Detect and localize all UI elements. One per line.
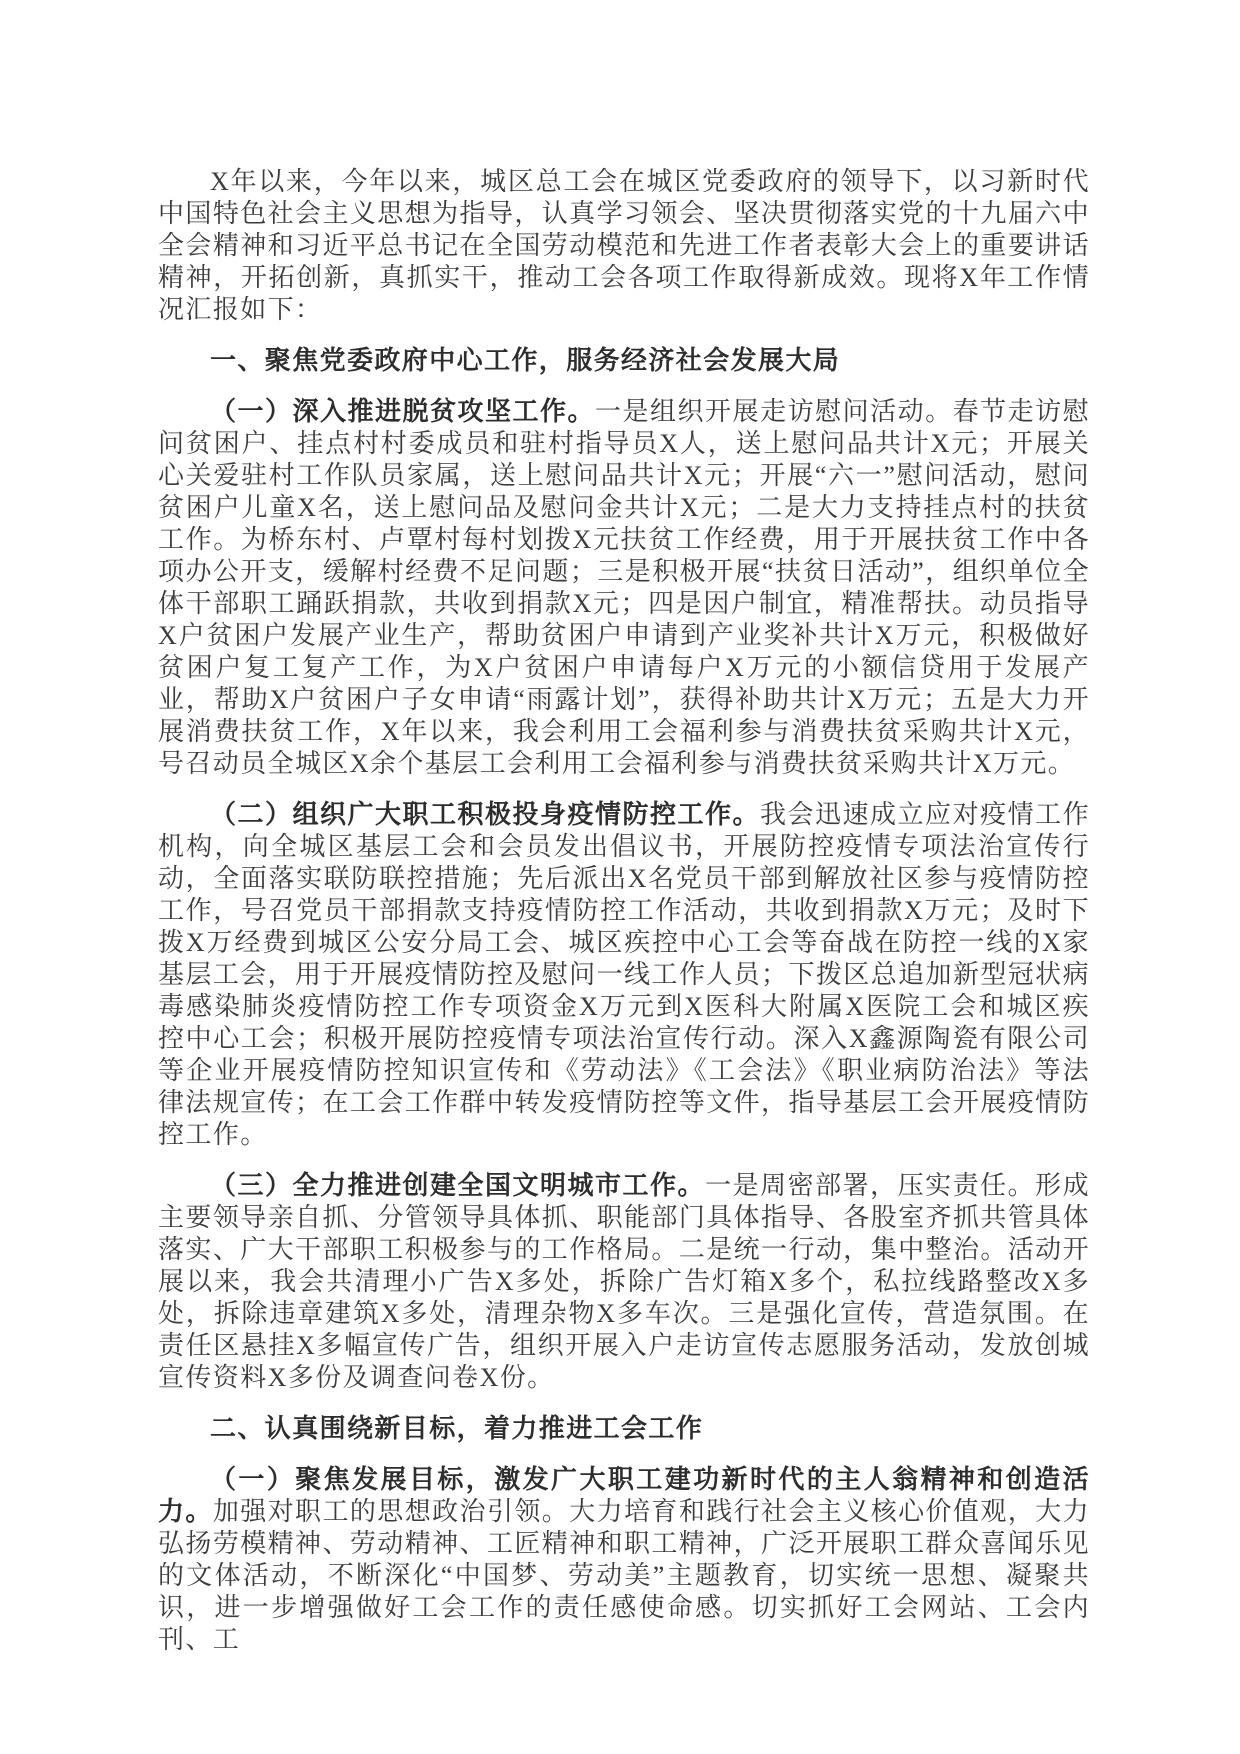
intro-paragraph: X年以来，今年以来，城区总工会在城区党委政府的领导下，以习新时代中国特色社会主义… — [158, 166, 1090, 326]
document-body: X年以来，今年以来，城区总工会在城区党委政府的领导下，以习新时代中国特色社会主义… — [158, 166, 1090, 1656]
section-1-paragraph-1-body: 一是组织开展走访慰问活动。春节走访慰问贫困户、挂点村村委成员和驻村指导员X人，送… — [158, 397, 1090, 778]
section-1-paragraph-2: （二）组织广大职工积极投身疫情防控工作。我会迅速成立应对疫情工作机构，向全城区基… — [158, 799, 1090, 1151]
section-1-paragraph-2-lead: （二）组织广大职工积极投身疫情防控工作。 — [210, 800, 760, 829]
section-1-paragraph-3: （三）全力推进创建全国文明城市工作。一是周密部署，压实责任。形成主要领导亲自抓、… — [158, 1170, 1090, 1394]
section-2-paragraph-1-body: 加强对职工的思想政治引领。大力培育和践行社会主义核心价值观，大力弘扬劳模精神、劳… — [158, 1497, 1090, 1654]
section-1-paragraph-3-body: 一是周密部署，压实责任。形成主要领导亲自抓、分管领导具体抓、职能部门具体指导、各… — [158, 1171, 1090, 1392]
section-2-heading: 二、认真围绕新目标，着力推进工会工作 — [158, 1413, 1090, 1445]
section-1-heading: 一、聚焦党委政府中心工作，服务经济社会发展大局 — [158, 345, 1090, 377]
section-1-paragraph-3-lead: （三）全力推进创建全国文明城市工作。 — [210, 1171, 705, 1200]
section-2-paragraph-1: （一）聚焦发展目标，激发广大职工建功新时代的主人翁精神和创造活力。加强对职工的思… — [158, 1464, 1090, 1656]
section-1-paragraph-1: （一）深入推进脱贫攻坚工作。一是组织开展走访慰问活动。春节走访慰问贫困户、挂点村… — [158, 396, 1090, 780]
section-1-paragraph-2-body: 我会迅速成立应对疫情工作机构，向全城区基层工会和会员发出倡议书，开展防控疫情专项… — [158, 800, 1090, 1149]
section-1-paragraph-1-lead: （一）深入推进脱贫攻坚工作。 — [210, 397, 595, 426]
document-page: X年以来，今年以来，城区总工会在城区党委政府的领导下，以习新时代中国特色社会主义… — [0, 0, 1240, 1754]
